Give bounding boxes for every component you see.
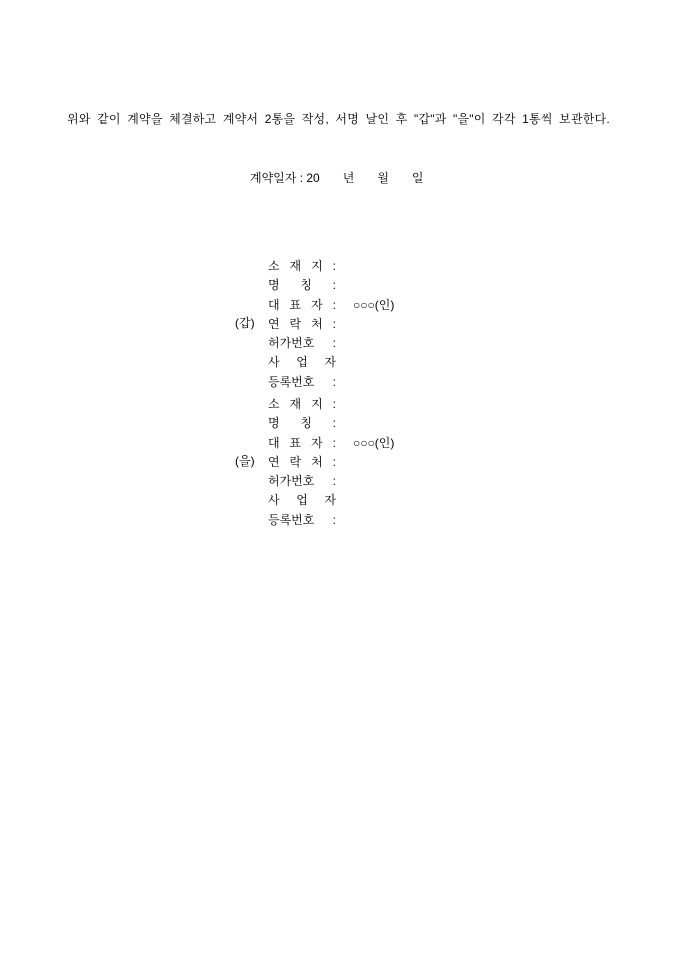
document-page: 위와 같이 계약을 체결하고 계약서 2통을 작성, 서명 날인 후 "갑"과 … bbox=[0, 0, 680, 962]
field-value: ○○○(인) bbox=[353, 298, 394, 312]
field-row: 등록번호 : bbox=[268, 373, 394, 392]
field-label: 소 재 지 : bbox=[268, 395, 336, 414]
contract-date-line: 계약일자 : 20년월일 bbox=[250, 169, 424, 186]
party-eul-fields: 소 재 지 : 명 칭 : 대 표 자 :○○○(인) 연 락 처 : 허가번호… bbox=[268, 395, 394, 530]
field-row: 허가번호 : bbox=[268, 334, 394, 353]
field-row: 소 재 지 : bbox=[268, 395, 394, 414]
party-gap-fields: 소 재 지 : 명 칭 : 대 표 자 :○○○(인) 연 락 처 : 허가번호… bbox=[268, 257, 394, 392]
field-row: 사 업 자 bbox=[268, 353, 394, 372]
field-label: 등록번호 : bbox=[268, 373, 336, 392]
field-label: 허가번호 : bbox=[268, 334, 336, 353]
field-row: 명 칭 : bbox=[268, 276, 394, 295]
contract-date-month-unit: 월 bbox=[377, 171, 389, 185]
field-label: 대 표 자 : bbox=[268, 296, 336, 315]
party-label-eul: (을) bbox=[235, 452, 255, 471]
field-label: 명 칭 : bbox=[268, 276, 336, 295]
closing-statement: 위와 같이 계약을 체결하고 계약서 2통을 작성, 서명 날인 후 "갑"과 … bbox=[67, 110, 610, 127]
field-row: 대 표 자 :○○○(인) bbox=[268, 434, 394, 453]
party-label-gap: (갑) bbox=[235, 314, 255, 333]
field-row: 명 칭 : bbox=[268, 414, 394, 433]
field-row: 사 업 자 bbox=[268, 491, 394, 510]
field-label: 사 업 자 bbox=[268, 491, 336, 510]
field-label: 등록번호 : bbox=[268, 511, 336, 530]
field-row: 등록번호 : bbox=[268, 511, 394, 530]
field-row: 연 락 처 : bbox=[268, 315, 394, 334]
field-label: 사 업 자 bbox=[268, 353, 336, 372]
field-label: 허가번호 : bbox=[268, 472, 336, 491]
field-label: 대 표 자 : bbox=[268, 434, 336, 453]
field-label: 소 재 지 : bbox=[268, 257, 336, 276]
field-row: 대 표 자 :○○○(인) bbox=[268, 296, 394, 315]
field-label: 연 락 처 : bbox=[268, 453, 336, 472]
contract-date-label: 계약일자 : 20 bbox=[250, 171, 320, 185]
party-block-eul: (을) 소 재 지 : 명 칭 : 대 표 자 :○○○(인) 연 락 처 : … bbox=[235, 395, 394, 530]
field-label: 연 락 처 : bbox=[268, 315, 336, 334]
field-label: 명 칭 : bbox=[268, 414, 336, 433]
field-row: 연 락 처 : bbox=[268, 453, 394, 472]
field-row: 허가번호 : bbox=[268, 472, 394, 491]
field-value: ○○○(인) bbox=[353, 436, 394, 450]
contract-date-year-unit: 년 bbox=[343, 171, 355, 185]
contract-date-day-unit: 일 bbox=[412, 171, 424, 185]
party-block-gap: (갑) 소 재 지 : 명 칭 : 대 표 자 :○○○(인) 연 락 처 : … bbox=[235, 257, 394, 392]
field-row: 소 재 지 : bbox=[268, 257, 394, 276]
